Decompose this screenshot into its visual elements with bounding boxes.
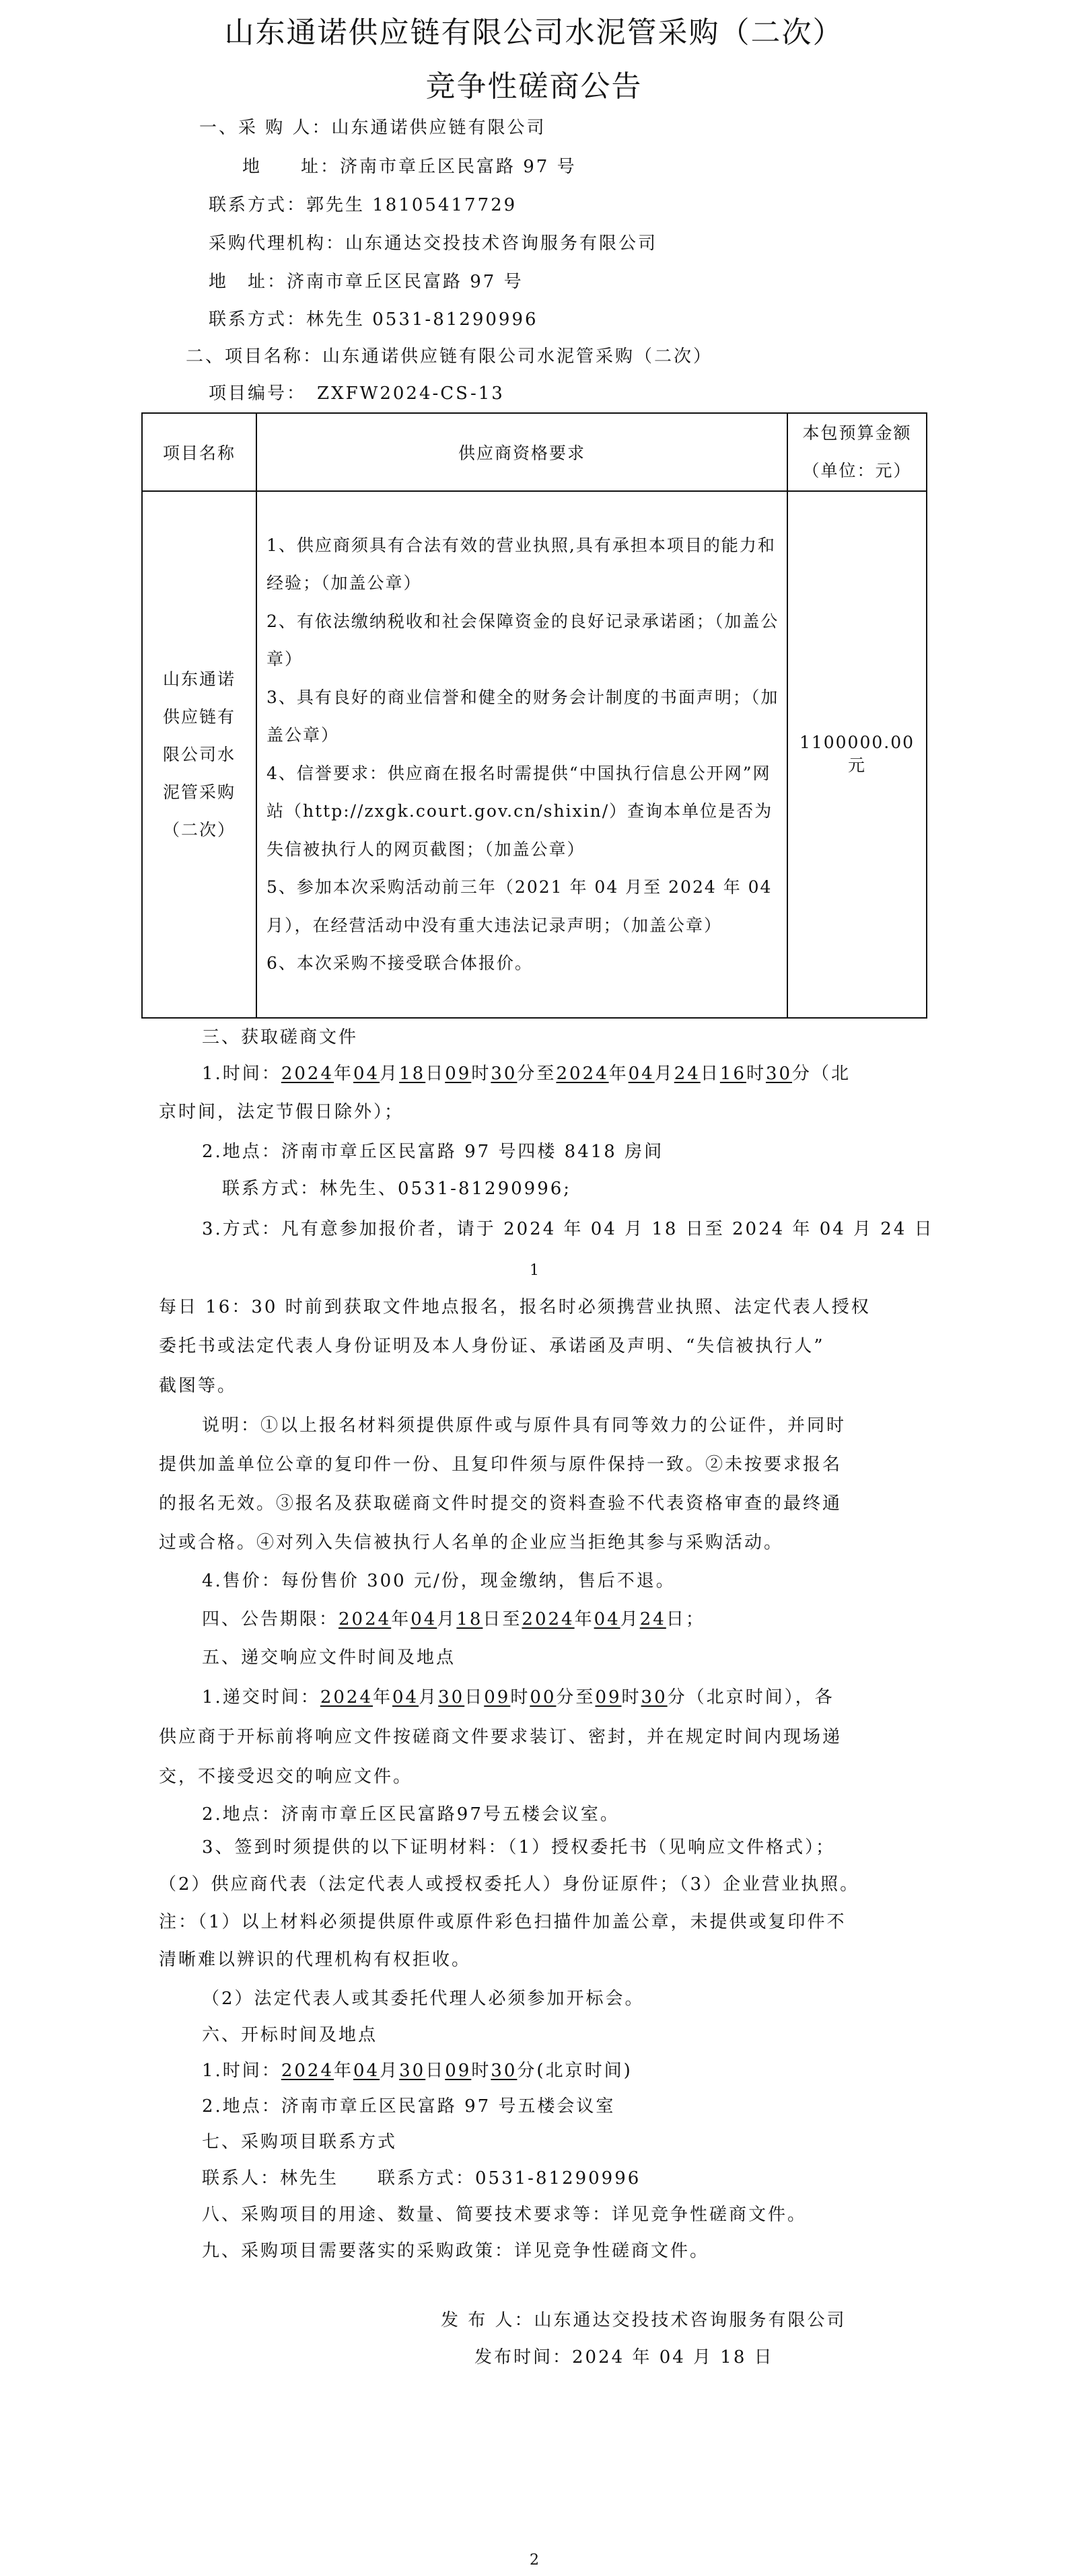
date-unit: 年 [334,1064,353,1084]
section5-signin-line3: 注：（1）以上材料必须提供原件或原件彩色扫描件加盖公章，未提供或复印件不 [159,1911,847,1934]
date-unit: 日 [701,1064,720,1084]
underlined-date-field: 24 [640,1609,666,1629]
requirement-item: 2、有依法缴纳税收和社会保障资金的良好记录承诺函；（加盖公章） [266,603,780,679]
page-number-1: 1 [530,1262,539,1279]
section7-contact-line: 联系人：林先生 联系方式：0531-81290996 [202,2167,641,2190]
date-unit: 时 [471,1064,491,1084]
underlined-date-field: 2024 [522,1609,574,1629]
date-unit: 月 [655,1064,674,1084]
section5-time-wrap1: 供应商于开标前将响应文件按磋商文件要求装订、密封，并在规定时间内现场递 [159,1726,842,1749]
publisher-line: 发 布 人：山东通达交投技术咨询服务有限公司 [441,2309,847,2332]
section3-contact-line: 联系方式：林先生、0531-81290996; [222,1177,571,1200]
date-unit: 时 [746,1064,766,1084]
underlined-date-field: 24 [674,1064,701,1084]
underlined-date-field: 09 [445,1064,471,1084]
requirement-item: 3、具有良好的商业信誉和健全的财务会计制度的书面声明；（加盖公章） [266,679,780,755]
date-unit: 月 [620,1609,640,1629]
section3-note-line1: 说明：①以上报名材料须提供原件或与原件具有同等效力的公证件，并同时 [202,1414,846,1437]
notice-period-label: 四、公告期限： [202,1609,339,1629]
underlined-date-field: 30 [641,1687,668,1707]
section3-note-line3: 的报名无效。③报名及获取磋商文件时提交的资料查验不代表资格审查的最终通 [159,1492,842,1515]
date-unit: 月 [380,2061,399,2081]
section3-note-line4: 过或合格。④对列入失信被执行人名单的企业应当拒绝其参与采购活动。 [159,1531,783,1554]
section3-method-line2: 每日 16：30 时前到获取文件地点报名，报名时必须携营业执照、法定代表人授权 [159,1296,871,1319]
notice-period-value: 2024年04月18日至2024年04月24日； [339,1609,705,1629]
section3-method-line4: 截图等。 [159,1374,237,1397]
underlined-date-field: 04 [353,2061,380,2081]
agency-address-line: 地 址：济南市章丘区民富路 97 号 [209,270,524,293]
cell-budget: 1100000.00 元 [787,491,927,1018]
section3-note-line2: 提供加盖单位公章的复印件一份、且复印件须与原件保持一致。②未按要求报名 [159,1453,842,1476]
date-unit: 日 [464,1687,484,1707]
section9-line: 九、采购项目需要落实的采购政策：详见竞争性磋商文件。 [202,2240,709,2262]
underlined-date-field: 30 [399,2061,425,2081]
header-project-name: 项目名称 [142,413,256,491]
section3-place-line: 2.地点：济南市章丘区民富路 97 号四楼 8418 房间 [202,1140,664,1163]
underlined-date-field: 2024 [281,2061,334,2081]
underlined-date-field: 18 [456,1609,483,1629]
submit-time-value: 2024年04月30日09时00分至09时30分（北京时间），各 [320,1687,834,1707]
date-unit: 时 [510,1687,530,1707]
date-unit: 日 [425,2061,445,2081]
cell-requirements: 1、供应商须具有合法有效的营业执照,具有承担本项目的能力和经验；（加盖公章） 2… [256,491,787,1018]
underlined-date-field: 2024 [281,1064,334,1084]
underlined-date-field: 30 [491,1064,517,1084]
purchaser-line: 一、采 购 人：山东通诺供应链有限公司 [199,116,546,139]
section5-signin-line4: 清晰难以辨识的代理机构有权拒收。 [159,1948,471,1971]
page-number-2: 2 [530,2552,539,2569]
requirement-item: 4、信誉要求：供应商在报名时需提供“中国执行信息公开网”网站（http://zx… [266,755,780,869]
project-number-line: 项目编号： ZXFW2024-CS-13 [209,382,505,405]
date-unit: 月 [380,1064,399,1084]
header-budget: 本包预算金额 （单位：元） [787,413,927,491]
date-unit: 年 [575,1609,594,1629]
date-unit: 分至 [517,1064,556,1084]
underlined-date-field: 04 [594,1609,620,1629]
publish-date-line: 发布时间：2024 年 04 月 18 日 [474,2346,774,2369]
submit-time-label: 1.递交时间： [202,1687,320,1707]
underlined-date-field: 16 [720,1064,746,1084]
section4-line: 四、公告期限：2024年04月18日至2024年04月24日； [202,1608,705,1631]
section5-place-line: 2.地点：济南市章丘区民富路97号五楼会议室。 [202,1803,620,1826]
section3-time-wrap: 京时间，法定节假日除外）； [159,1101,404,1124]
section8-line: 八、采购项目的用途、数量、简要技术要求等：详见竞争性磋商文件。 [202,2203,807,2226]
time-value: 2024年04月18日09时30分至2024年04月24日16时30分（北 [281,1064,851,1084]
underlined-date-field: 04 [629,1064,655,1084]
section5-signin-line5: （2）法定代表人或其委托代理人必须参加开标会。 [202,1987,645,2010]
document-title-line1: 山东通诺供应链有限公司水泥管采购（二次） [0,8,1068,51]
underlined-date-field: 30 [491,2061,517,2081]
date-unit: 月 [437,1609,456,1629]
section5-time-wrap2: 交，不接受迟交的响应文件。 [159,1765,413,1788]
date-unit: 分至 [556,1687,595,1707]
section6-place-line: 2.地点：济南市章丘区民富路 97 号五楼会议室 [202,2095,615,2118]
requirements-table: 项目名称 供应商资格要求 本包预算金额 （单位：元） 山东通诺供应链有限公司水泥… [141,412,927,1019]
section3-price-line: 4.售价：每份售价 300 元/份，现金缴纳，售后不退。 [202,1570,676,1592]
table-header-row: 项目名称 供应商资格要求 本包预算金额 （单位：元） [142,413,927,491]
date-unit: 年 [391,1609,411,1629]
date-unit: 年 [373,1687,392,1707]
table-row: 山东通诺供应链有限公司水泥管采购（二次） 1、供应商须具有合法有效的营业执照,具… [142,491,927,1018]
underlined-date-field: 30 [438,1687,464,1707]
section6-heading: 六、开标时间及地点 [202,2024,378,2047]
requirement-item: 6、本次采购不接受联合体报价。 [266,945,780,983]
underlined-date-field: 09 [484,1687,510,1707]
underlined-date-field: 09 [595,1687,621,1707]
date-unit: 日； [666,1609,705,1629]
underlined-date-field: 18 [399,1064,425,1084]
section3-method-line1: 3.方式：凡有意参加报价者，请于 2024 年 04 月 18 日至 2024 … [202,1218,934,1241]
header-supplier-requirements: 供应商资格要求 [256,413,787,491]
project-name-text: 山东通诺供应链有限公司水泥管采购（二次） [162,661,236,849]
underlined-date-field: 00 [530,1687,556,1707]
section3-time-line: 1.时间：2024年04月18日09时30分至2024年04月24日16时30分… [202,1062,851,1085]
opening-time-label: 1.时间： [202,2061,281,2081]
header-budget-line1: 本包预算金额 [789,414,925,452]
document-title-line2: 竞争性磋商公告 [0,62,1068,105]
project-name-line: 二、项目名称：山东通诺供应链有限公司水泥管采购（二次） [186,345,713,368]
underlined-date-field: 30 [766,1064,792,1084]
section5-signin-line2: （2）供应商代表（法定代表人或授权委托人）身份证原件；（3）企业营业执照。 [159,1873,859,1896]
date-unit: 分（北 [792,1064,851,1084]
date-unit: 分（北京时间），各 [668,1687,834,1707]
purchaser-contact-line: 联系方式：郭先生 18105417729 [209,194,517,217]
agency-contact-line: 联系方式：林先生 0531-81290996 [209,308,538,331]
cell-project-name: 山东通诺供应链有限公司水泥管采购（二次） [142,491,256,1018]
underlined-date-field: 04 [353,1064,380,1084]
opening-time-value: 2024年04月30日09时30分(北京时间) [281,2061,633,2081]
underlined-date-field: 2024 [556,1064,608,1084]
section5-heading: 五、递交响应文件时间及地点 [202,1646,456,1669]
date-unit: 月 [419,1687,438,1707]
requirement-item: 1、供应商须具有合法有效的营业执照,具有承担本项目的能力和经验；（加盖公章） [266,527,780,603]
section3-heading: 三、获取磋商文件 [202,1026,358,1049]
purchaser-address-line: 地 址：济南市章丘区民富路 97 号 [242,155,577,178]
underlined-date-field: 04 [392,1687,419,1707]
date-unit: 时 [622,1687,641,1707]
section3-method-line3: 委托书或法定代表人身份证明及本人身份证、承诺函及声明、“失信被执行人” [159,1335,825,1358]
requirement-item: 5、参加本次采购活动前三年（2021 年 04 月至 2024 年 04 月），… [266,869,780,945]
date-unit: 日至 [483,1609,522,1629]
date-unit: 年 [609,1064,629,1084]
section5-signin-line1: 3、签到时须提供的以下证明材料：（1）授权委托书（见响应文件格式）； [202,1836,835,1859]
underlined-date-field: 04 [411,1609,437,1629]
section6-time-line: 1.时间：2024年04月30日09时30分(北京时间) [202,2059,633,2082]
time-label: 1.时间： [202,1064,281,1084]
section7-heading: 七、采购项目联系方式 [202,2131,397,2154]
date-unit: 时 [471,2061,491,2081]
header-budget-line2: （单位：元） [789,452,925,490]
date-unit: 日 [425,1064,445,1084]
underlined-date-field: 2024 [320,1687,373,1707]
date-unit: 年 [334,2061,353,2081]
agency-line: 采购代理机构：山东通达交投技术咨询服务有限公司 [209,232,657,255]
section5-time-line: 1.递交时间：2024年04月30日09时00分至09时30分（北京时间），各 [202,1686,834,1709]
date-unit: 分(北京时间) [517,2061,632,2081]
underlined-date-field: 2024 [339,1609,391,1629]
underlined-date-field: 09 [445,2061,471,2081]
